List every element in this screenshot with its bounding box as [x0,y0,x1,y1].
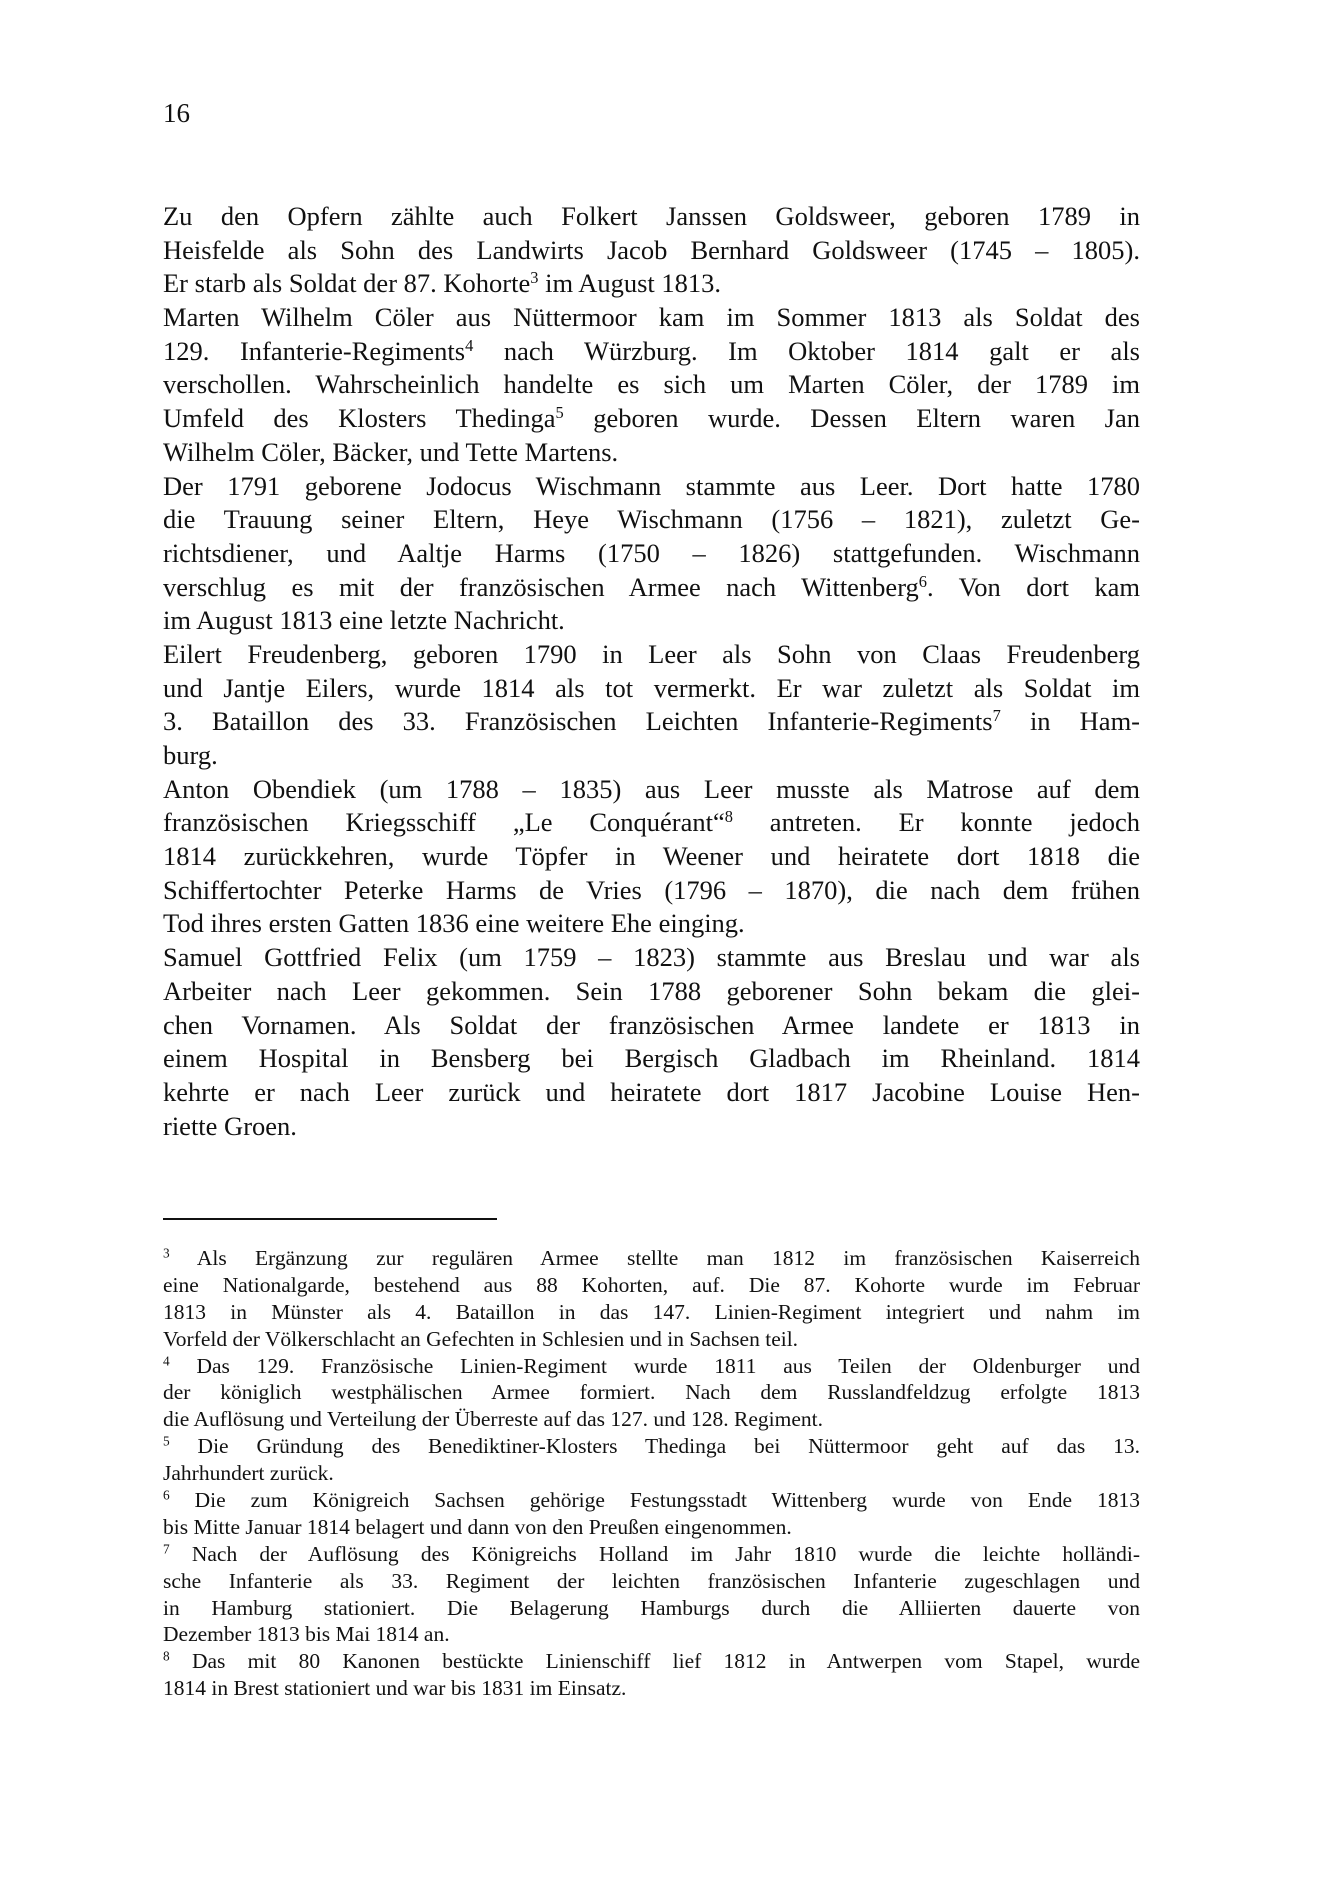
footnote-text: Die Gründung des Benediktiner-Klosters T… [170,1434,1140,1458]
text-segment: . Von dort kam [927,572,1140,602]
text-segment: Anton Obendiek (um 1788 – 1835) aus Leer… [163,774,1140,804]
footnotes-line: die Auflösung und Verteilung der Überres… [163,1406,1140,1433]
body-line: richtsdiener, und Aaltje Harms (1750 – 1… [163,537,1140,571]
footnotes-line: 1813 in Münster als 4. Bataillon in das … [163,1299,1140,1326]
body-line: burg. [163,739,1140,773]
footnote-text: Das mit 80 Kanonen bestückte Linienschif… [170,1649,1140,1673]
footnotes-line: in Hamburg stationiert. Die Belagerung H… [163,1595,1140,1622]
text-segment: Der 1791 geborene Jodocus Wischmann stam… [163,471,1140,501]
footnotes-line: 1814 in Brest stationiert und war bis 18… [163,1675,1140,1702]
text-segment: die Auflösung und Verteilung der Überres… [163,1407,823,1431]
text-segment: verschollen. Wahrscheinlich handelte es … [163,369,1140,399]
text-segment: antreten. Er konnte jedoch [733,807,1140,837]
footnote-reference[interactable]: 7 [993,706,1001,725]
text-segment: Dezember 1813 bis Mai 1814 an. [163,1622,450,1646]
text-segment: bis Mitte Januar 1814 belagert und dann … [163,1515,792,1539]
text-segment: die Trauung seiner Eltern, Heye Wischman… [163,504,1140,534]
text-segment: Arbeiter nach Leer gekommen. Sein 1788 g… [163,976,1140,1006]
text-segment: Samuel Gottfried Felix (um 1759 – 1823) … [163,942,1140,972]
body-line: Arbeiter nach Leer gekommen. Sein 1788 g… [163,975,1140,1009]
body-line: 129. Infanterie-Regiments4 nach Würzburg… [163,335,1140,369]
footnotes-line: Dezember 1813 bis Mai 1814 an. [163,1621,1140,1648]
text-segment: 1814 zurückkehren, wurde Töpfer in Weene… [163,841,1140,871]
text-segment: einem Hospital in Bensberg bei Bergisch … [163,1043,1140,1073]
body-text: Zu den Opfern zählte auch Folkert Jansse… [163,200,1140,1143]
body-line: verschollen. Wahrscheinlich handelte es … [163,368,1140,402]
text-segment: geboren wurde. Dessen Eltern waren Jan [564,403,1140,433]
body-line: im August 1813 eine letzte Nachricht. [163,604,1140,638]
text-segment: Tod ihres ersten Gatten 1836 eine weiter… [163,908,745,938]
footnotes-line: sche Infanterie als 33. Regiment der lei… [163,1568,1140,1595]
body-line: die Trauung seiner Eltern, Heye Wischman… [163,503,1140,537]
footnote-text: Die zum Königreich Sachsen gehörige Fest… [170,1488,1140,1512]
text-segment: der königlich westphälischen Armee formi… [163,1380,1140,1404]
body-line: Er starb als Soldat der 87. Kohorte3 im … [163,267,1140,301]
footnotes-line: 3 Als Ergänzung zur regulären Armee stel… [163,1245,1140,1272]
text-segment: im August 1813 eine letzte Nachricht. [163,605,565,635]
footnote-text: Nach der Auflösung des Königreichs Holla… [170,1542,1140,1566]
footnotes-line: 8 Das mit 80 Kanonen bestückte Liniensch… [163,1648,1140,1675]
text-segment: Er starb als Soldat der 87. Kohorte [163,268,530,298]
page-number: 16 [163,98,190,128]
footnote-text: Das 129. Französische Linien-Regiment wu… [170,1354,1140,1378]
footnote-marker: 5 [163,1434,170,1449]
text-segment: französischen Kriegsschiff „Le Conquéran… [163,807,725,837]
body-line: riette Groen. [163,1110,1140,1144]
text-segment: Umfeld des Klosters Thedinga [163,403,556,433]
text-segment: Wilhelm Cöler, Bäcker, und Tette Martens… [163,437,618,467]
text-segment: burg. [163,740,218,770]
footnotes-line: Vorfeld der Völkerschlacht an Gefechten … [163,1326,1140,1353]
footnote-reference[interactable]: 8 [725,807,733,826]
text-segment: und Jantje Eilers, wurde 1814 als tot ve… [163,673,1140,703]
body-line: Der 1791 geborene Jodocus Wischmann stam… [163,470,1140,504]
footnotes-line: der königlich westphälischen Armee formi… [163,1379,1140,1406]
text-segment: nach Würzburg. Im Oktober 1814 galt er a… [473,336,1140,366]
body-line: Heisfelde als Sohn des Landwirts Jacob B… [163,234,1140,268]
text-segment: kehrte er nach Leer zurück und heiratete… [163,1077,1140,1107]
text-segment: 1814 in Brest stationiert und war bis 18… [163,1676,626,1700]
text-segment: im August 1813. [538,268,721,298]
body-line: Marten Wilhelm Cöler aus Nüttermoor kam … [163,301,1140,335]
text-segment: chen Vornamen. Als Soldat der französisc… [163,1010,1140,1040]
body-line: Wilhelm Cöler, Bäcker, und Tette Martens… [163,436,1140,470]
footnote-marker: 7 [163,1541,170,1556]
footnotes-line: 7 Nach der Auflösung des Königreichs Hol… [163,1541,1140,1568]
footnotes-line: bis Mitte Januar 1814 belagert und dann … [163,1514,1140,1541]
footnote-separator [163,1218,497,1220]
body-line: Tod ihres ersten Gatten 1836 eine weiter… [163,907,1140,941]
text-segment: richtsdiener, und Aaltje Harms (1750 – 1… [163,538,1140,568]
body-line: Eilert Freudenberg, geboren 1790 in Leer… [163,638,1140,672]
footnotes-line: 6 Die zum Königreich Sachsen gehörige Fe… [163,1487,1140,1514]
body-line: einem Hospital in Bensberg bei Bergisch … [163,1042,1140,1076]
footnotes-line: Jahrhundert zurück. [163,1460,1140,1487]
text-segment: Zu den Opfern zählte auch Folkert Jansse… [163,201,1140,231]
footnotes-line: 5 Die Gründung des Benediktiner-Klosters… [163,1433,1140,1460]
body-line: Umfeld des Klosters Thedinga5 geboren wu… [163,402,1140,436]
text-segment: Vorfeld der Völkerschlacht an Gefechten … [163,1327,798,1351]
body-line: Anton Obendiek (um 1788 – 1835) aus Leer… [163,773,1140,807]
footnote-reference[interactable]: 6 [919,572,927,591]
text-segment: 129. Infanterie-Regiments [163,336,465,366]
text-segment: riette Groen. [163,1111,297,1141]
body-line: verschlug es mit der französischen Armee… [163,571,1140,605]
footnote-marker: 3 [163,1246,170,1261]
body-line: Schiffertochter Peterke Harms de Vries (… [163,874,1140,908]
text-segment: verschlug es mit der französischen Armee… [163,572,919,602]
footnote-marker: 8 [163,1649,170,1664]
footnote-marker: 6 [163,1488,170,1503]
body-line: Samuel Gottfried Felix (um 1759 – 1823) … [163,941,1140,975]
text-segment: eine Nationalgarde, bestehend aus 88 Koh… [163,1273,1140,1297]
text-segment: Marten Wilhelm Cöler aus Nüttermoor kam … [163,302,1140,332]
footnotes-line: eine Nationalgarde, bestehend aus 88 Koh… [163,1272,1140,1299]
text-segment: Jahrhundert zurück. [163,1461,334,1485]
footnote-text: Als Ergänzung zur regulären Armee stellt… [170,1246,1140,1270]
body-line: französischen Kriegsschiff „Le Conquéran… [163,806,1140,840]
text-segment: Eilert Freudenberg, geboren 1790 in Leer… [163,639,1140,669]
body-line: kehrte er nach Leer zurück und heiratete… [163,1076,1140,1110]
body-line: und Jantje Eilers, wurde 1814 als tot ve… [163,672,1140,706]
body-line: 3. Bataillon des 33. Französischen Leich… [163,705,1140,739]
body-line: Zu den Opfern zählte auch Folkert Jansse… [163,200,1140,234]
footnotes-line: 4 Das 129. Französische Linien-Regiment … [163,1353,1140,1380]
text-segment: in Hamburg stationiert. Die Belagerung H… [163,1596,1140,1620]
text-segment: Heisfelde als Sohn des Landwirts Jacob B… [163,235,1140,265]
text-segment: 3. Bataillon des 33. Französischen Leich… [163,706,993,736]
body-line: 1814 zurückkehren, wurde Töpfer in Weene… [163,840,1140,874]
footnotes: 3 Als Ergänzung zur regulären Armee stel… [163,1245,1140,1702]
body-line: chen Vornamen. Als Soldat der französisc… [163,1009,1140,1043]
text-segment: sche Infanterie als 33. Regiment der lei… [163,1569,1140,1593]
footnote-reference[interactable]: 5 [556,403,564,422]
footnote-marker: 4 [163,1353,170,1368]
text-segment: in Ham- [1001,706,1140,736]
text-segment: Schiffertochter Peterke Harms de Vries (… [163,875,1140,905]
text-segment: 1813 in Münster als 4. Bataillon in das … [163,1300,1140,1324]
